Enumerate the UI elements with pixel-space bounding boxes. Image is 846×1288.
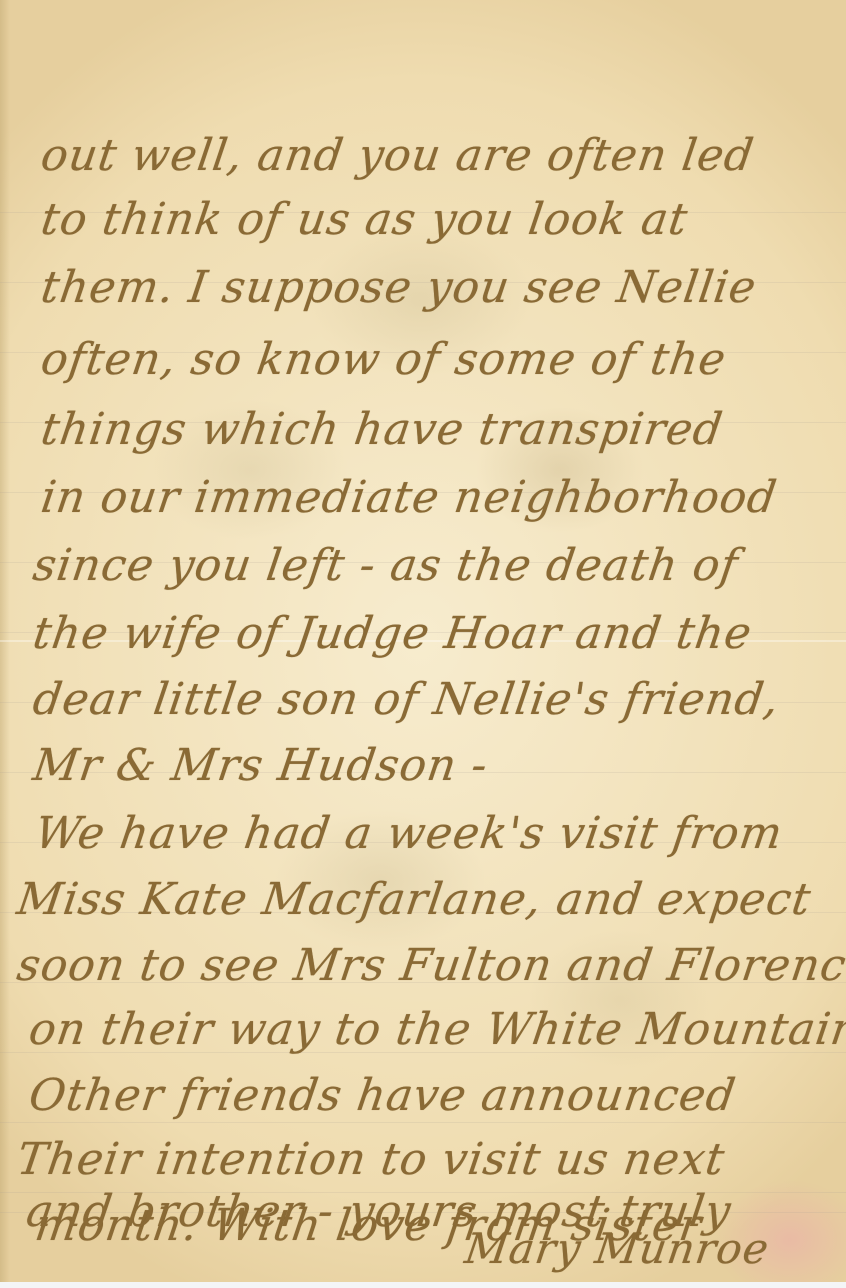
letter-line: We have had a week's visit from	[32, 808, 786, 859]
letter-line: dear little son of Nellie's friend,	[30, 674, 783, 725]
letter-line: soon to see Mrs Fulton and Florence	[14, 940, 846, 991]
letter-line: them. I suppose you see Nellie	[38, 262, 760, 313]
letter-line: the wife of Judge Hoar and the	[30, 608, 755, 659]
letter-line-text: Their intention to visit us next	[14, 1134, 728, 1185]
letter-page: out well, and you are often led to think…	[0, 0, 846, 1282]
letter-line: to think of us as you look at	[38, 194, 691, 245]
letter-line: Mr & Mrs Hudson -	[30, 740, 491, 791]
letter-line: Their intention to visit us next	[14, 1134, 728, 1185]
letter-line: Other friends have announced	[26, 1070, 739, 1121]
letter-line: out well, and you are often led	[38, 130, 757, 181]
letter-line: since you left - as the death of	[30, 540, 741, 591]
letter-line: things which have transpired	[38, 404, 726, 455]
letter-line: often, so know of some of the	[38, 334, 730, 385]
signature: Mary Munroe	[462, 1224, 772, 1273]
letter-line: in our immediate neighborhood	[38, 472, 780, 523]
letter-line: Miss Kate Macfarlane, and expect	[14, 874, 814, 925]
letter-line: on their way to the White Mountains	[26, 1004, 846, 1055]
ruled-line	[0, 1122, 846, 1123]
